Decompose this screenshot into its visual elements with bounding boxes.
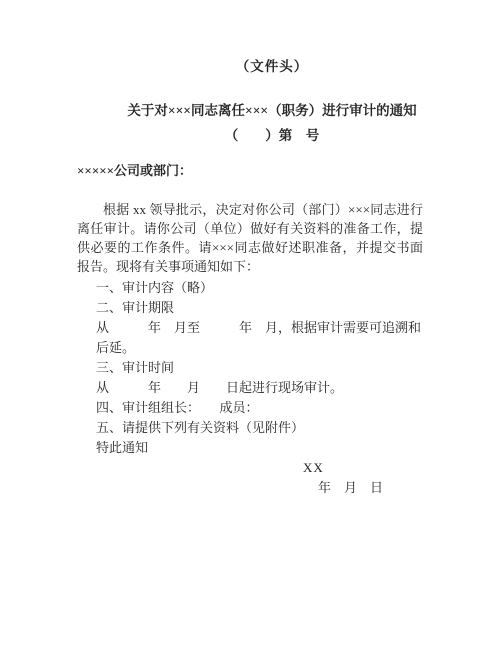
document-content: （文件头） 关于对×××同志离任×××（职务）进行审计的通知 （ ）第 号 ××… xyxy=(77,59,423,498)
heading-group: （文件头） 关于对×××同志离任×××（职务）进行审计的通知 （ ）第 号 xyxy=(99,59,445,143)
list-item-audit-period: 二、审计期限 xyxy=(77,298,423,318)
document-title: 关于对×××同志离任×××（职务）进行审计的通知 xyxy=(99,103,445,118)
signature: XX xyxy=(303,458,423,478)
salutation: ×××××公司或部门： xyxy=(77,163,423,179)
closing-phrase: 特此通知 xyxy=(77,438,423,458)
document-number: （ ）第 号 xyxy=(99,128,445,143)
list-item-audit-team: 四、审计组组长： 成员： xyxy=(77,398,423,418)
body-paragraph: 根据 xx 领导批示，决定对你公司（部门）×××同志进行离任审计。请你公司（单位… xyxy=(77,200,423,276)
file-header-label: （文件头） xyxy=(99,59,445,74)
list-item-materials: 五、请提供下列有关资料（见附件） xyxy=(77,418,423,438)
list-item-period-dates: 从 年 月至 年 月，根据审计需要可追溯和后延。 xyxy=(77,318,423,358)
list-item-time-dates: 从 年 月 日起进行现场审计。 xyxy=(77,378,423,398)
date-line: 年 月 日 xyxy=(318,478,423,498)
document-page: （文件头） 关于对×××同志离任×××（职务）进行审计的通知 （ ）第 号 ××… xyxy=(0,0,500,661)
list-item-audit-content: 一、审计内容（略） xyxy=(77,278,423,298)
list-item-audit-time: 三、审计时间 xyxy=(77,358,423,378)
